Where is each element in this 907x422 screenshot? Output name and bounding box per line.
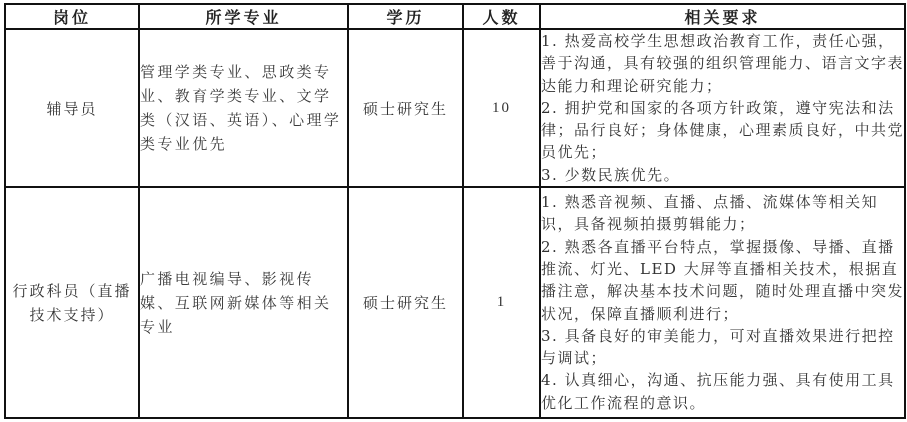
cell-major: 广播电视编导、影视传媒、互联网新媒体等相关专业: [139, 187, 348, 418]
job-requirements-table: 岗位 所学专业 学历 人数 相关要求 辅导员 管理学类专业、思政类专业、教育学类…: [4, 3, 906, 419]
header-major: 所学专业: [139, 4, 348, 29]
cell-education: 硕士研究生: [348, 187, 463, 418]
cell-requirements: 1. 热爱高校学生思想政治教育工作，责任心强，善于沟通，具有较强的组织管理能力、…: [540, 29, 905, 187]
requirement-item: 2. 熟悉各直播平台特点，掌握摄像、导播、直播推流、灯光、LED 大屏等直播相关…: [541, 236, 904, 325]
requirement-item: 3. 具备良好的审美能力，可对直播效果进行把控与调试；: [541, 325, 904, 370]
table-header-row: 岗位 所学专业 学历 人数 相关要求: [5, 4, 905, 29]
header-education: 学历: [348, 4, 463, 29]
cell-position: 行政科员（直播技术支持）: [5, 187, 139, 418]
requirement-item: 1. 熟悉音视频、直播、点播、流媒体等相关知识，具备视频拍摄剪辑能力；: [541, 191, 904, 236]
header-count: 人数: [463, 4, 540, 29]
cell-count: 10: [463, 29, 540, 187]
requirement-item: 2. 拥护党和国家的各项方针政策，遵守宪法和法律；品行良好；身体健康，心理素质良…: [541, 97, 904, 164]
cell-requirements: 1. 熟悉音视频、直播、点播、流媒体等相关知识，具备视频拍摄剪辑能力； 2. 熟…: [540, 187, 905, 418]
requirement-item: 1. 热爱高校学生思想政治教育工作，责任心强，善于沟通，具有较强的组织管理能力、…: [541, 30, 904, 97]
table-row: 辅导员 管理学类专业、思政类专业、教育学类专业、文学类（汉语、英语）、心理学类专…: [5, 29, 905, 187]
cell-education: 硕士研究生: [348, 29, 463, 187]
cell-major: 管理学类专业、思政类专业、教育学类专业、文学类（汉语、英语）、心理学类专业优先: [139, 29, 348, 187]
requirement-item: 4. 认真细心，沟通、抗压能力强、具有使用工具优化工作流程的意识。: [541, 369, 904, 414]
cell-count: 1: [463, 187, 540, 418]
header-position: 岗位: [5, 4, 139, 29]
cell-position: 辅导员: [5, 29, 139, 187]
table-row: 行政科员（直播技术支持） 广播电视编导、影视传媒、互联网新媒体等相关专业 硕士研…: [5, 187, 905, 418]
header-requirements: 相关要求: [540, 4, 905, 29]
requirement-item: 3. 少数民族优先。: [541, 164, 904, 186]
